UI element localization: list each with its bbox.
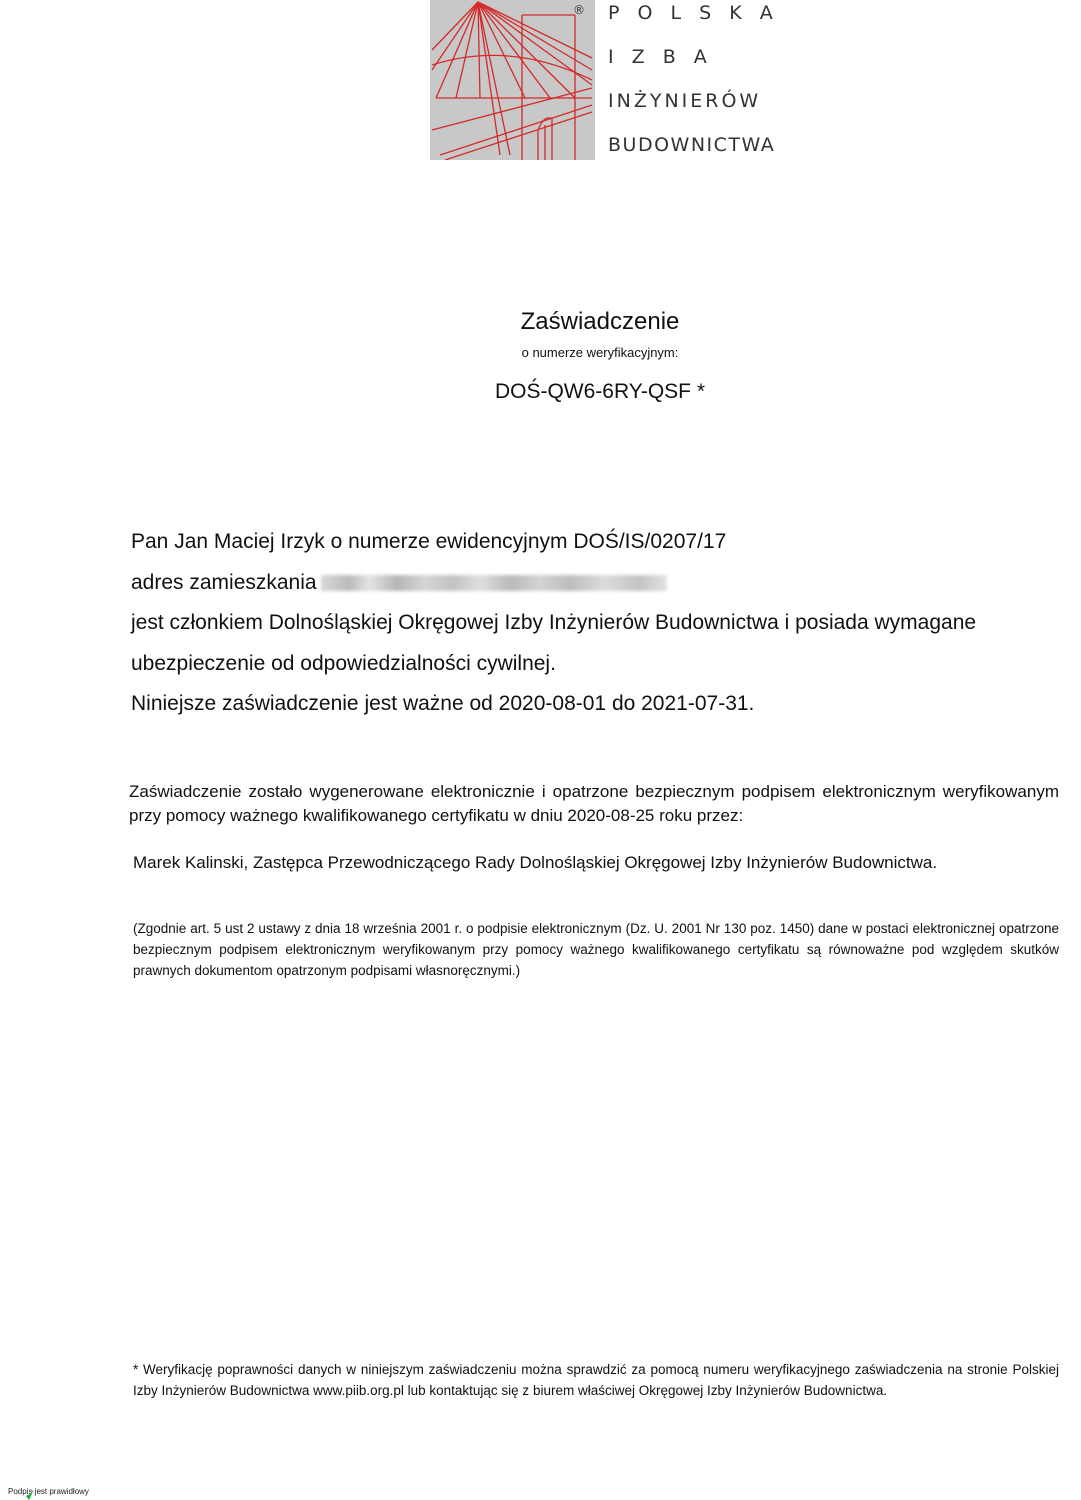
signature-status[interactable]: Podpis jest prawidłowy (8, 1487, 89, 1496)
bridge-lines-icon: ® (430, 0, 595, 160)
document-title: Zaświadczenie (0, 308, 1081, 336)
logo-line-izba: I Z B A (608, 46, 713, 68)
validity-line: Niniejsze zaświadczenie jest ważne od 20… (131, 684, 976, 725)
registered-mark: ® (573, 3, 585, 17)
document-subtitle: o numerze weryfikacyjnym: (0, 345, 1081, 360)
membership-line: jest członkiem Dolnośląskiej Okręgowej I… (131, 603, 976, 644)
logo-graphic: ® (430, 0, 595, 160)
address-line: adres zamieszkania (131, 563, 976, 604)
check-icon (26, 1489, 34, 1500)
insurance-line: ubezpieczenie od odpowiedzialności cywil… (131, 644, 976, 685)
certificate-body: Pan Jan Maciej Irzyk o numerze ewidencyj… (131, 522, 976, 725)
redacted-address (321, 575, 667, 591)
logo-line-budownictwa: BUDOWNICTWA (608, 134, 775, 156)
logo-line-polska: P O L S K A (608, 2, 779, 24)
address-label: adres zamieszkania (131, 571, 317, 594)
verification-footnote: * Weryfikację poprawności danych w ninie… (133, 1359, 1059, 1401)
legal-note: (Zgodnie art. 5 ust 2 ustawy z dnia 18 w… (133, 918, 1059, 981)
signature-paragraph: Zaświadczenie zostało wygenerowane elekt… (129, 780, 1059, 828)
member-line: Pan Jan Maciej Irzyk o numerze ewidencyj… (131, 522, 976, 563)
signer-name: Marek Kalinski, Zastępca Przewodnicząceg… (133, 853, 937, 873)
logo-text: P O L S K A I Z B A INŻYNIERÓW BUDOWNICT… (608, 0, 768, 160)
piib-logo: ® P O L S K A I Z B A INŻYNIERÓW BUDOWNI… (430, 0, 760, 160)
logo-line-inzynierow: INŻYNIERÓW (608, 90, 761, 112)
verification-number: DOŚ-QW6-6RY-QSF * (0, 380, 1081, 404)
